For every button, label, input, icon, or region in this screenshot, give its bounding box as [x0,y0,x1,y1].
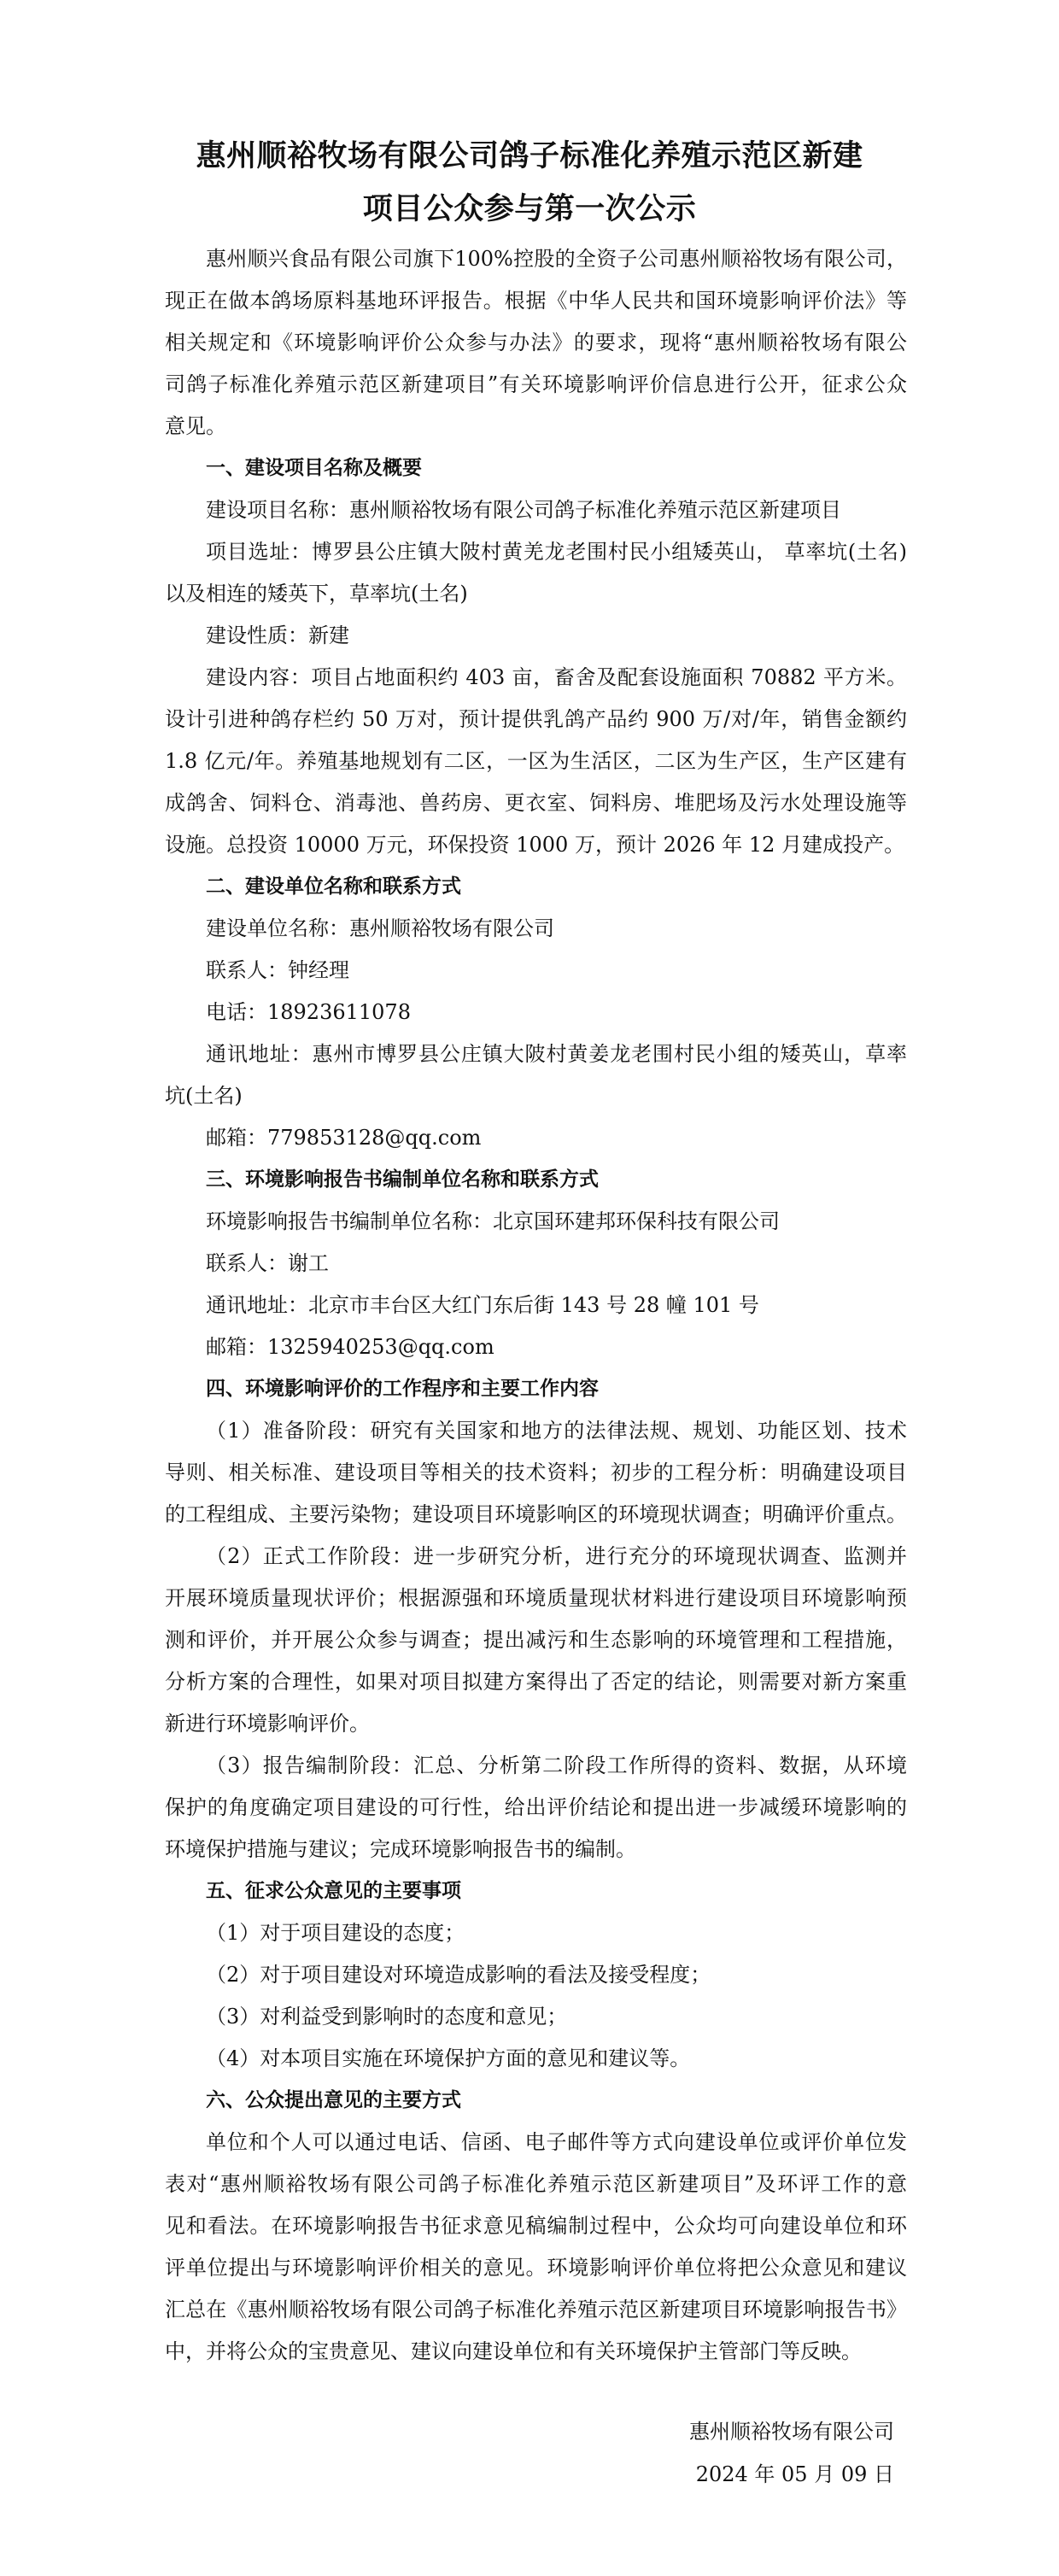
body-text-line: 建设单位名称：惠州顺裕牧场有限公司 [165,908,907,950]
body-text-line: 坑(土名) [165,1075,907,1117]
document-title-line2: 项目公众参与第一次公示 [0,190,1059,228]
signature-date: 2024 年 05 月 09 日 [696,2454,894,2496]
body-text-line: 邮箱：779853128@qq.com [165,1117,907,1159]
body-text-line: （4）对本项目实施在环境保护方面的意见和建议等。 [165,2038,907,2080]
body-text-line: 环境影响报告书编制单位名称：北京国环建邦环保科技有限公司 [165,1201,907,1243]
body-text-line: 成鸽舍、饲料仓、消毒池、兽药房、更衣室、饲料房、堆肥场及污水处理设施等 [165,782,907,824]
body-text-line: 邮箱：1325940253@qq.com [165,1326,907,1368]
body-text-line: 建设项目名称：惠州顺裕牧场有限公司鸽子标准化养殖示范区新建项目 [165,489,907,531]
body-text-line: 以及相连的矮英下，草率坑(土名) [165,573,907,615]
body-text-line: 1.8 亿元/年。养殖基地规划有二区，一区为生活区，二区为生产区，生产区建有 [165,741,907,782]
section-heading: 五、征求公众意见的主要事项 [165,1871,907,1912]
body-text-line: 的工程组成、主要污染物；建设项目环境影响区的环境现状调查；明确评价重点。 [165,1494,907,1536]
body-text-line: 分析方案的合理性，如果对项目拟建方案得出了否定的结论，则需要对新方案重 [165,1661,907,1703]
body-text-line: 通讯地址：惠州市博罗县公庄镇大陂村黄姜龙老围村民小组的矮英山，草率 [165,1033,907,1075]
body-text-line: 环境保护措施与建议；完成环境影响报告书的编制。 [165,1829,907,1871]
body-text-line: 建设性质：新建 [165,615,907,657]
signature-company: 惠州顺裕牧场有限公司 [689,2411,894,2453]
body-text-line: 建设内容：项目占地面积约 403 亩，畜舍及配套设施面积 70882 平方米。 [165,657,907,699]
body-text-line: （1）准备阶段：研究有关国家和地方的法律法规、规划、功能区划、技术 [165,1410,907,1452]
body-text-line: 意见。 [165,406,907,448]
document-page: 惠州顺裕牧场有限公司鸽子标准化养殖示范区新建 项目公众参与第一次公示 惠州顺兴食… [0,0,1059,2576]
body-text-line: 评单位提出与环境影响评价相关的意见。环境影响评价单位将把公众意见和建议 [165,2247,907,2289]
body-text-line: 表对“惠州顺裕牧场有限公司鸽子标准化养殖示范区新建项目”及环评工作的意 [165,2163,907,2205]
body-text-line: 联系人：谢工 [165,1243,907,1285]
body-text-line: 电话：18923611078 [165,992,907,1033]
body-text-line: 联系人：钟经理 [165,950,907,992]
body-text-line: （3）报告编制阶段：汇总、分析第二阶段工作所得的资料、数据，从环境 [165,1745,907,1787]
body-text-line: 项目选址：博罗县公庄镇大陂村黄羌龙老围村民小组矮英山， 草率坑(土名) [165,531,907,573]
body-text-line: 惠州顺兴食品有限公司旗下100%控股的全资子公司惠州顺裕牧场有限公司， [165,238,907,280]
body-text-line: 汇总在《惠州顺裕牧场有限公司鸽子标准化养殖示范区新建项目环境影响报告书》 [165,2289,907,2331]
body-text-line: 导则、相关标准、建设项目等相关的技术资料；初步的工程分析：明确建设项目 [165,1452,907,1494]
body-text-line: 见和看法。在环境影响报告书征求意见稿编制过程中，公众均可向建设单位和环 [165,2205,907,2247]
body-text-line: 司鸽子标准化养殖示范区新建项目”有关环境影响评价信息进行公开，征求公众 [165,364,907,406]
body-text-line: 保护的角度确定项目建设的可行性，给出评价结论和提出进一步减缓环境影响的 [165,1787,907,1829]
body-text-line: （1）对于项目建设的态度； [165,1912,907,1954]
body-text-line: 新进行环境影响评价。 [165,1703,907,1745]
section-heading: 三、环境影响报告书编制单位名称和联系方式 [165,1159,907,1201]
document-title-line1: 惠州顺裕牧场有限公司鸽子标准化养殖示范区新建 [0,138,1059,175]
body-text-line: 测和评价，并开展公众参与调查；提出减污和生态影响的环境管理和工程措施， [165,1619,907,1661]
body-text-line: 设计引进种鸽存栏约 50 万对，预计提供乳鸽产品约 900 万/对/年，销售金额… [165,699,907,741]
section-heading: 二、建设单位名称和联系方式 [165,866,907,908]
body-text-line: （3）对利益受到影响时的态度和意见； [165,1996,907,2038]
section-heading: 六、公众提出意见的主要方式 [165,2080,907,2122]
body-text-line: 单位和个人可以通过电话、信函、电子邮件等方式向建设单位或评价单位发 [165,2122,907,2163]
body-text-line: 开展环境质量现状评价；根据源强和环境质量现状材料进行建设项目环境影响预 [165,1578,907,1619]
body-text-line: 中，并将公众的宝贵意见、建议向建设单位和有关环境保护主管部门等反映。 [165,2331,907,2373]
body-text-line: 现正在做本鸽场原料基地环评报告。根据《中华人民共和国环境影响评价法》等 [165,280,907,322]
section-heading: 四、环境影响评价的工作程序和主要工作内容 [165,1368,907,1410]
body-text-line: 设施。总投资 10000 万元，环保投资 1000 万，预计 2026 年 12… [165,824,907,866]
body-text-line: 相关规定和《环境影响评价公众参与办法》的要求，现将“惠州顺裕牧场有限公 [165,322,907,364]
body-text-line: 通讯地址：北京市丰台区大红门东后街 143 号 28 幢 101 号 [165,1285,907,1326]
section-heading: 一、建设项目名称及概要 [165,448,907,489]
document-body: 惠州顺兴食品有限公司旗下100%控股的全资子公司惠州顺裕牧场有限公司，现正在做本… [165,238,907,2373]
body-text-line: （2）正式工作阶段：进一步研究分析，进行充分的环境现状调查、监测并 [165,1536,907,1578]
body-text-line: （2）对于项目建设对环境造成影响的看法及接受程度； [165,1954,907,1996]
